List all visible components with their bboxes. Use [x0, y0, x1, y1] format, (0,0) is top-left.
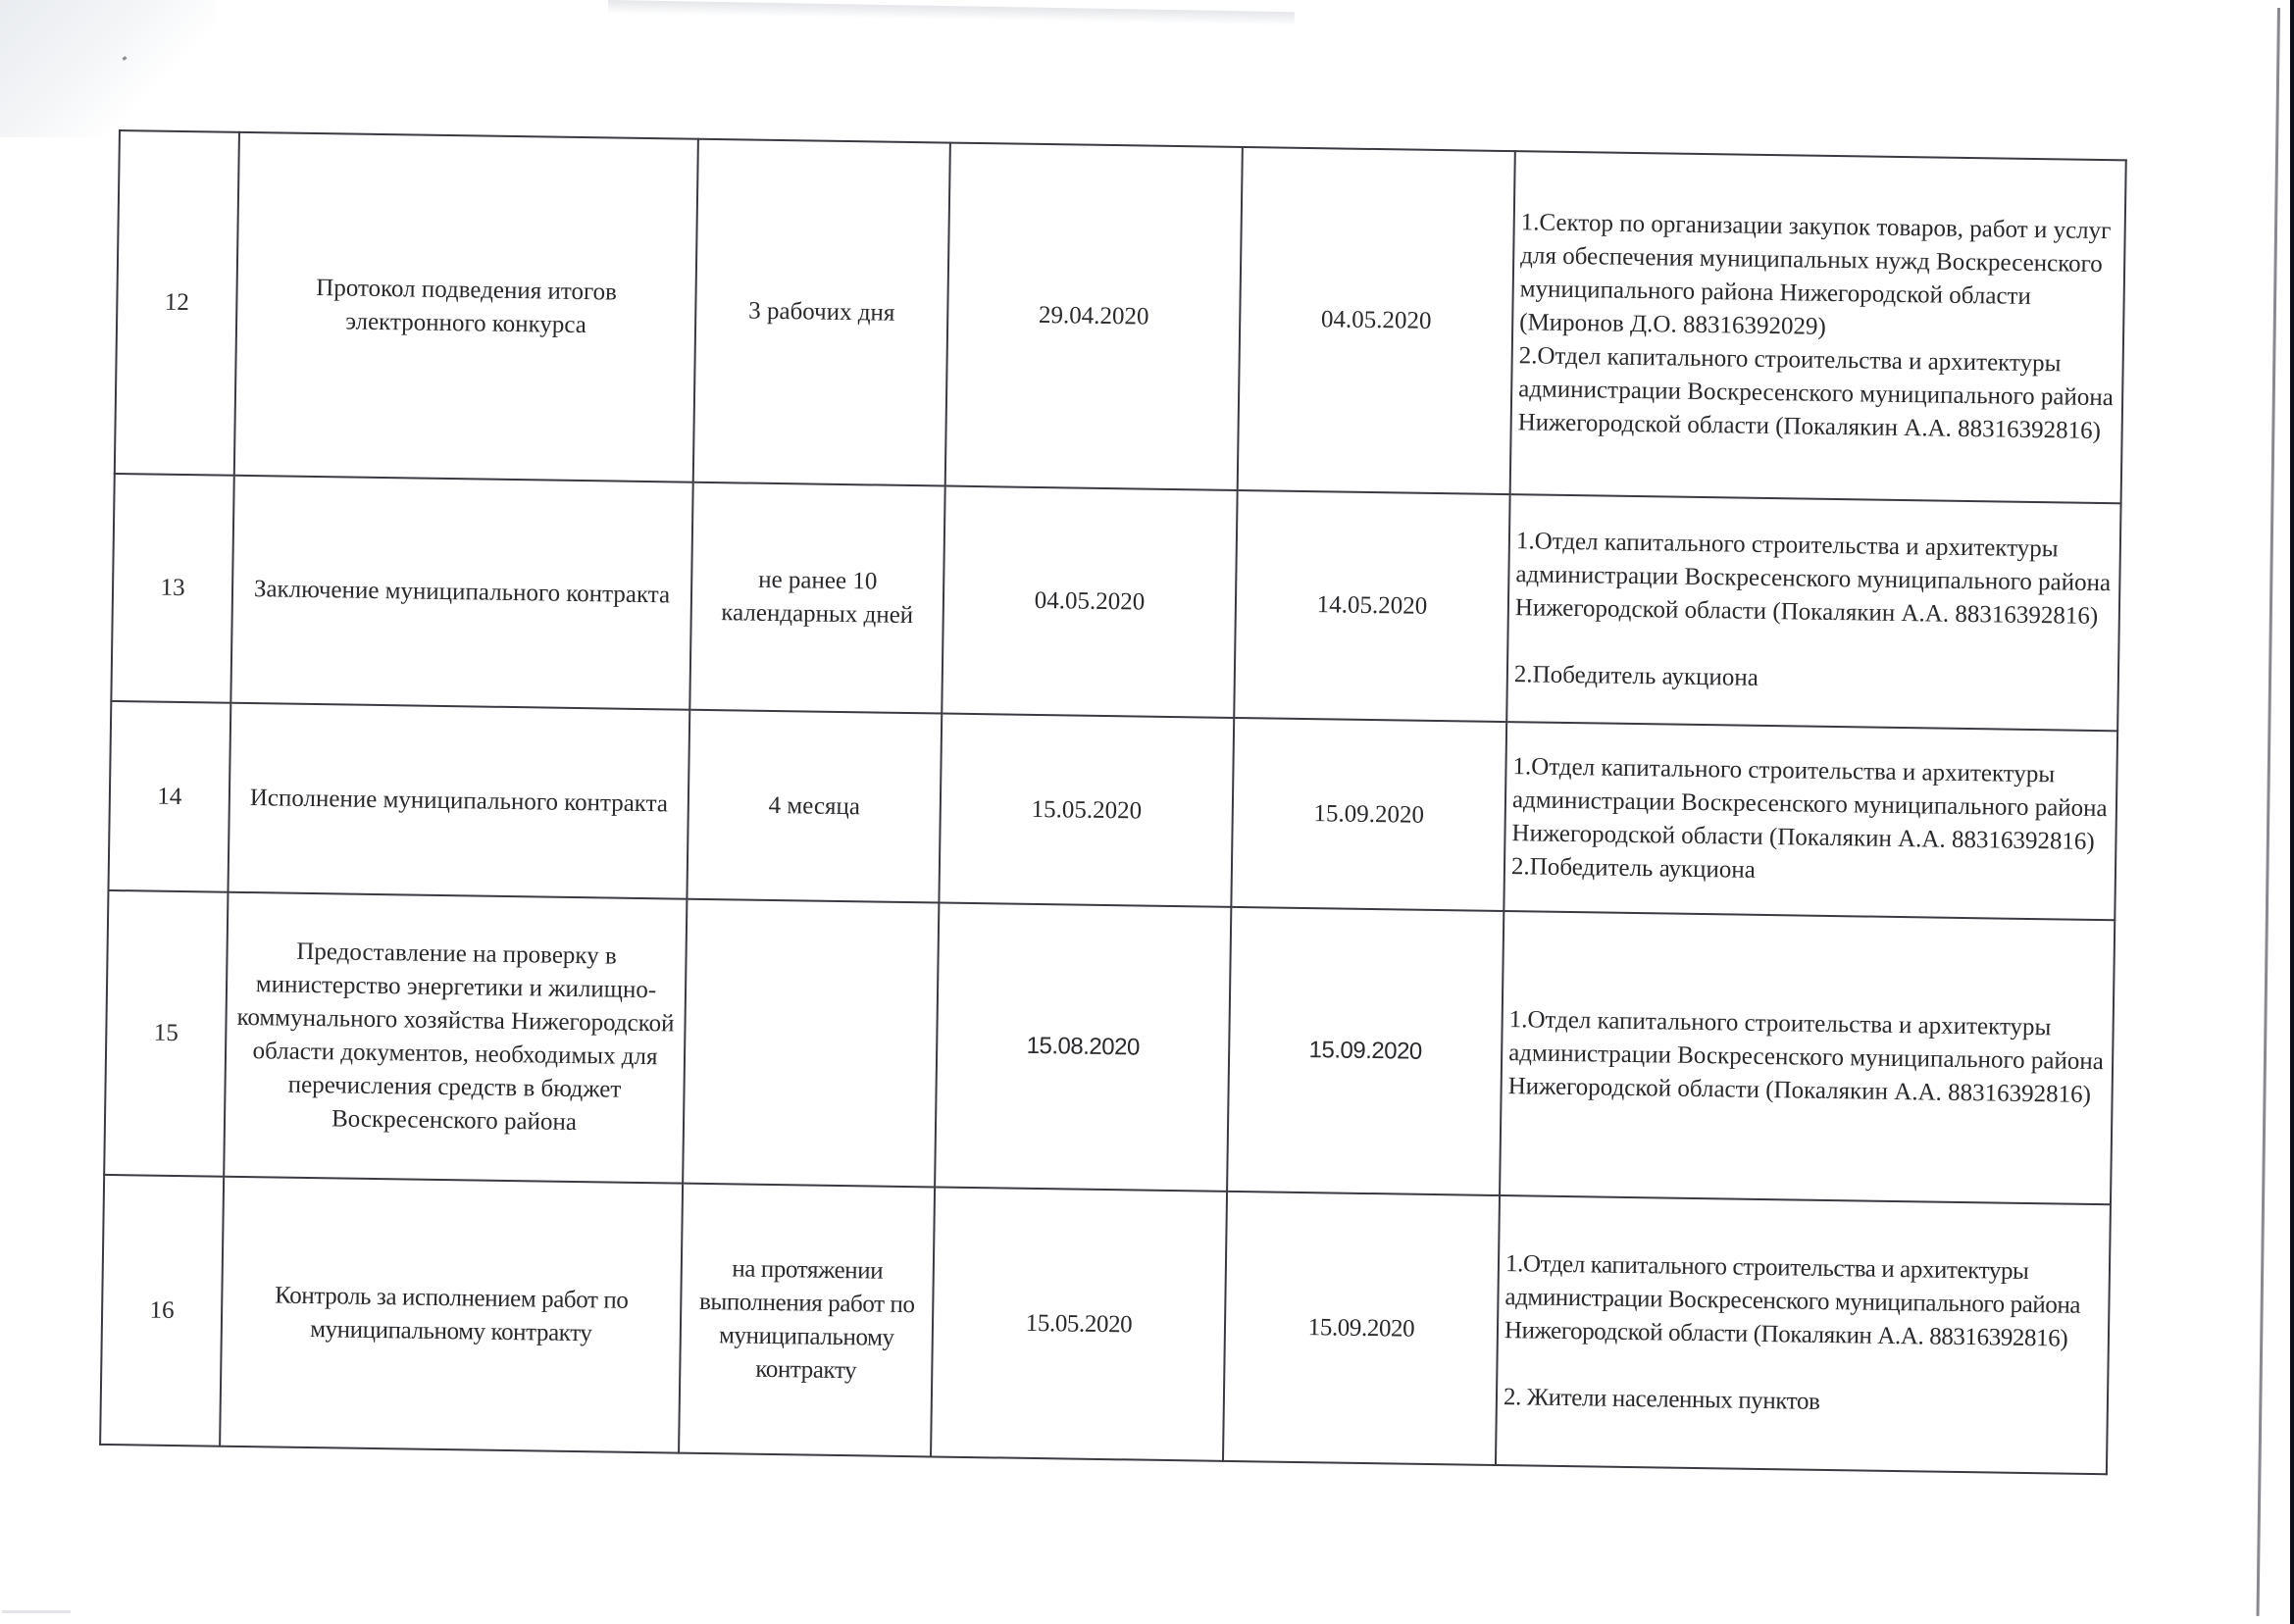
row-number: 16 [100, 1175, 224, 1446]
scan-mark [2, 1610, 71, 1613]
end-date: 14.05.2020 [1234, 490, 1509, 722]
row-number: 14 [108, 701, 230, 892]
schedule-table-page: 12 Протокол подведения итогов электронно… [99, 129, 2125, 1473]
start-date: 15.08.2020 [935, 902, 1231, 1191]
scan-border [2290, 0, 2294, 1624]
paper-edge [2257, 8, 2280, 1616]
stage-term: на протяжении выполнения работ по муници… [679, 1184, 935, 1457]
stage-term: не ранее 10 календарных дней [689, 482, 944, 714]
table-row: 12 Протокол подведения итогов электронно… [115, 130, 2126, 503]
responsible-item: 1.Отдел капитального строительства и арх… [1504, 1247, 2103, 1356]
stage-name: Предоставление на проверку в министерств… [224, 892, 687, 1184]
scan-shadow [0, 0, 216, 137]
end-date: 15.09.2020 [1231, 718, 1506, 911]
start-date: 29.04.2020 [945, 143, 1243, 490]
scan-streak [608, 0, 1295, 25]
stage-term: 4 месяца [687, 710, 942, 903]
row-number: 13 [111, 474, 233, 703]
start-date: 04.05.2020 [942, 486, 1237, 718]
responsible-item: 1.Отдел капитального строительства и арх… [1507, 1003, 2106, 1112]
end-date: 04.05.2020 [1238, 147, 1515, 494]
table-row: 14 Исполнение муниципального контракта 4… [108, 701, 2117, 920]
row-number: 15 [104, 890, 228, 1177]
stage-name: Исполнение муниципального контракта [228, 703, 689, 899]
schedule-table: 12 Протокол подведения итогов электронно… [99, 129, 2127, 1475]
start-date: 15.05.2020 [939, 714, 1234, 907]
row-number: 12 [115, 130, 239, 476]
responsible-parties: 1.Отдел капитального строительства и арх… [1504, 722, 2117, 920]
end-date: 15.09.2020 [1223, 1192, 1500, 1465]
stage-name: Заключение муниципального контракта [230, 476, 692, 710]
table-row: 15 Предоставление на проверку в министер… [104, 890, 2115, 1204]
stage-term: 3 рабочих дня [693, 139, 950, 486]
responsible-parties: 1.Отдел капитального строительства и арх… [1496, 1195, 2111, 1474]
stage-term [683, 899, 939, 1188]
responsible-item: 1.Сектор по организации закупок товаров,… [1519, 206, 2118, 348]
responsible-parties: 1.Отдел капитального строительства и арх… [1506, 494, 2120, 731]
responsible-parties: 1.Сектор по организации закупок товаров,… [1510, 151, 2126, 503]
stage-name: Контроль за исполнением работ по муницип… [220, 1177, 683, 1453]
table-row: 13 Заключение муниципального контракта н… [111, 474, 2120, 731]
start-date: 15.05.2020 [931, 1187, 1227, 1460]
responsible-item: 1.Отдел капитального строительства и арх… [1511, 750, 2110, 859]
responsible-item: 1.Отдел капитального строительства и арх… [1515, 525, 2114, 634]
stage-name: Протокол подведения итогов электронного … [234, 132, 698, 482]
responsible-item: 2.Отдел капитального строительства и арх… [1517, 339, 2116, 448]
end-date: 15.09.2020 [1227, 907, 1504, 1195]
responsible-parties: 1.Отдел капитального строительства и арх… [1500, 911, 2115, 1204]
table-row: 16 Контроль за исполнением работ по муни… [100, 1175, 2111, 1474]
